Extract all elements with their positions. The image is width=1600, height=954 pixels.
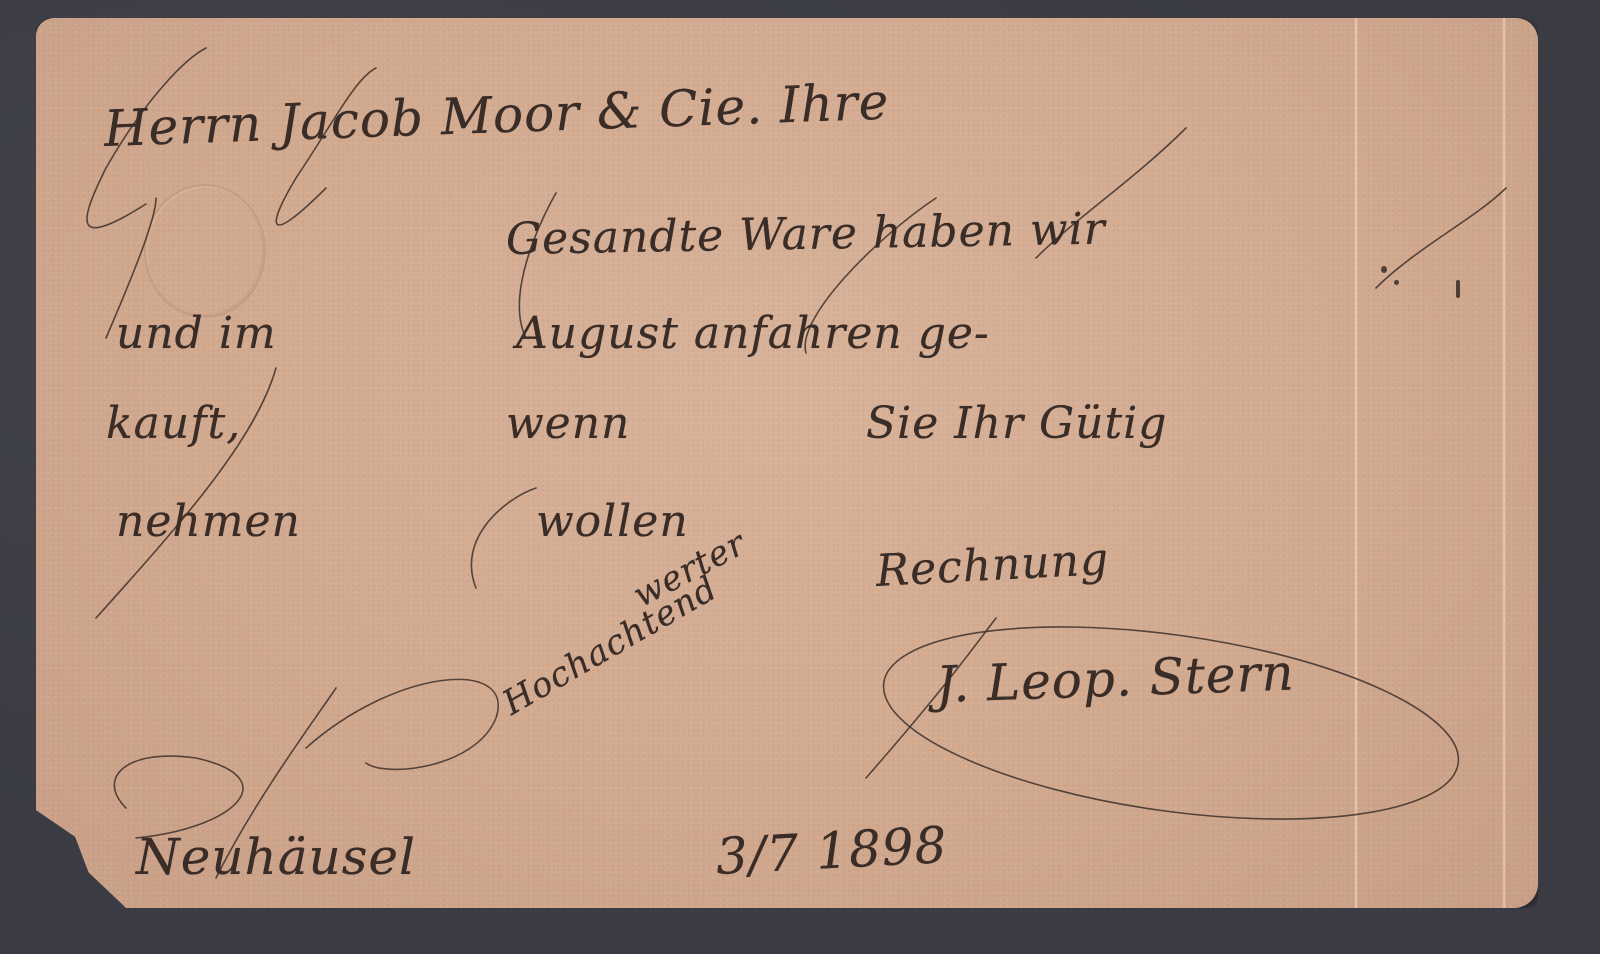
place-name: Neuhäusel <box>136 828 416 886</box>
body-line-5-left: nehmen <box>116 496 301 547</box>
fold-line <box>1502 18 1506 908</box>
ink-spot <box>1394 280 1399 285</box>
body-line-5-mid: wollen <box>536 496 689 547</box>
body-line-4-left: kauft, <box>106 398 241 449</box>
postcard: Herrn Jacob Moor & Cie. Ihre Gesandte Wa… <box>36 18 1538 908</box>
ink-spot <box>1381 266 1387 273</box>
fold-line <box>1354 18 1358 908</box>
closing-text: Hochachtend <box>496 568 724 723</box>
embossed-stamp-icon <box>144 184 266 318</box>
body-line-2: Gesandte Ware haben wir <box>506 204 1107 265</box>
ink-spot <box>1456 280 1460 298</box>
body-line-4-mid: wenn <box>506 398 630 449</box>
body-line-5-right: Rechnung <box>875 534 1111 597</box>
body-line-4-right: Sie Ihr Gütig <box>866 398 1167 449</box>
scanned-document: Herrn Jacob Moor & Cie. Ihre Gesandte Wa… <box>0 0 1600 954</box>
body-line-3-right: August anfahren ge- <box>516 308 990 359</box>
salutation-line: Herrn Jacob Moor & Cie. Ihre <box>103 73 890 158</box>
signature: J. Leop. Stern <box>935 643 1295 713</box>
date-text: 3/7 1898 <box>714 816 948 886</box>
body-line-3-left: und im <box>116 308 277 359</box>
